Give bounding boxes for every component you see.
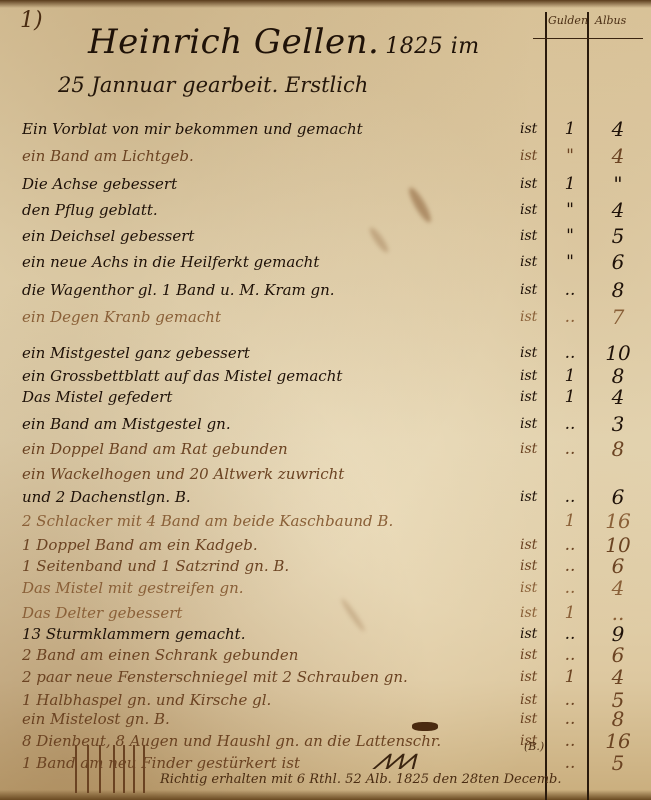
entry-gulden: " bbox=[555, 250, 585, 274]
entry-ist: ist bbox=[520, 305, 537, 329]
entry-gulden: 1 bbox=[555, 665, 585, 689]
entry-gulden: .. bbox=[555, 412, 585, 436]
entry-albus: 6 bbox=[600, 643, 636, 667]
column-head-gulden: Gulden bbox=[548, 14, 588, 27]
entry-ist: ist bbox=[520, 385, 537, 409]
entry-gulden: .. bbox=[555, 554, 585, 578]
entry-albus: 16 bbox=[600, 509, 636, 533]
entry-gulden: 1 bbox=[555, 509, 585, 533]
ledger-entry: ein Band am Mistgestel gn.ist..3 bbox=[0, 412, 651, 436]
entry-description: Das Mistel gefedert bbox=[22, 385, 522, 409]
entry-albus: 8 bbox=[600, 707, 636, 731]
entry-gulden: .. bbox=[555, 576, 585, 600]
entry-ist: ist bbox=[520, 117, 537, 141]
ledger-entry: 2 Band am einen Schrank gebundenist..6 bbox=[0, 643, 651, 667]
ledger-entry: Das Mistel mit gestreifen gn.ist..4 bbox=[0, 576, 651, 600]
entry-description: ein Deichsel gebessert bbox=[22, 224, 522, 248]
entry-ist: ist bbox=[520, 198, 537, 222]
title-year: 1825 im bbox=[385, 34, 479, 59]
entry-gulden: .. bbox=[555, 437, 585, 461]
entry-albus: 6 bbox=[600, 250, 636, 274]
entry-albus: 3 bbox=[600, 412, 636, 436]
ledger-entry: 1 Seitenband und 1 Satzrind gn. B.ist..6 bbox=[0, 554, 651, 578]
ledger-entry: ein neue Achs in die Heilferkt gemachtis… bbox=[0, 250, 651, 274]
receipt-note: Richtig erhalten mit 6 Rthl. 52 Alb. 182… bbox=[160, 772, 561, 787]
entry-albus: 7 bbox=[600, 305, 636, 329]
entry-gulden: .. bbox=[555, 729, 585, 753]
ledger-entry: ein Doppel Band am Rat gebundenist..8 bbox=[0, 437, 651, 461]
entry-gulden: " bbox=[555, 224, 585, 248]
entry-ist: ist bbox=[520, 707, 537, 731]
entry-albus: 4 bbox=[600, 198, 636, 222]
entry-description: ein Wackelhogen und 20 Altwerk zuwricht bbox=[22, 462, 522, 486]
ledger-entry: ein Mistgestel ganz gebessertist..10 bbox=[0, 341, 651, 365]
entry-gulden: .. bbox=[555, 643, 585, 667]
entry-ist: ist bbox=[520, 485, 537, 509]
entry-ist: ist bbox=[520, 341, 537, 365]
entry-gulden: .. bbox=[555, 305, 585, 329]
entry-ist: ist bbox=[520, 665, 537, 689]
ledger-entry: die Wagenthor gl. 1 Band u. M. Kram gn.i… bbox=[0, 278, 651, 302]
entry-albus: 4 bbox=[600, 576, 636, 600]
entry-albus: 10 bbox=[600, 341, 636, 365]
entry-ist: ist bbox=[520, 643, 537, 667]
ledger-entry: ein Band am Lichtgeb.ist"4 bbox=[0, 144, 651, 168]
entry-ist: ist bbox=[520, 437, 537, 461]
entry-albus: 4 bbox=[600, 665, 636, 689]
page-number: 1) bbox=[20, 8, 43, 33]
entry-gulden: " bbox=[555, 144, 585, 168]
entry-description: ein Mistelost gn. B. bbox=[22, 707, 522, 731]
entry-albus: 4 bbox=[600, 144, 636, 168]
ledger-entry: den Pflug geblatt.ist"4 bbox=[0, 198, 651, 222]
ledger-entry: und 2 Dachenstlgn. B.ist..6 bbox=[0, 485, 651, 509]
entry-description: und 2 Dachenstlgn. B. bbox=[22, 485, 522, 509]
entry-gulden: .. bbox=[555, 278, 585, 302]
entry-albus: 8 bbox=[600, 437, 636, 461]
entry-albus: 5 bbox=[600, 224, 636, 248]
entry-ist: ist bbox=[520, 144, 537, 168]
entry-description: Das Mistel mit gestreifen gn. bbox=[22, 576, 522, 600]
ledger-page: Gulden Albus 1) Heinrich Gellen.1825 im … bbox=[0, 0, 651, 800]
entry-description: ein Degen Kranb gemacht bbox=[22, 305, 522, 329]
entry-gulden: " bbox=[555, 198, 585, 222]
entry-description: ein Doppel Band am Rat gebunden bbox=[22, 437, 522, 461]
ledger-entry: 2 paar neue Fensterschniegel mit 2 Schra… bbox=[0, 665, 651, 689]
entry-gulden: 1 bbox=[555, 172, 585, 196]
entry-description: die Wagenthor gl. 1 Band u. M. Kram gn. bbox=[22, 278, 522, 302]
ledger-entry: ein Mistelost gn. B.ist..8 bbox=[0, 707, 651, 731]
column-head-albus: Albus bbox=[595, 14, 626, 27]
ledger-title: Heinrich Gellen.1825 im bbox=[88, 22, 480, 62]
ledger-entry: 2 Schlacker mit 4 Band am beide Kaschbau… bbox=[0, 509, 651, 533]
entry-description: ein Band am Lichtgeb. bbox=[22, 144, 522, 168]
entry-gulden: .. bbox=[555, 707, 585, 731]
entry-albus: 16 bbox=[600, 729, 636, 753]
ledger-entry: Die Achse gebessertist1" bbox=[0, 172, 651, 196]
entry-albus: 6 bbox=[600, 554, 636, 578]
ledger-subtitle: 25 Jannuar gearbeit. Erstlich bbox=[58, 73, 368, 97]
entry-description: ein Band am Mistgestel gn. bbox=[22, 412, 522, 436]
entry-gulden: .. bbox=[555, 341, 585, 365]
entry-description: ein Mistgestel ganz gebessert bbox=[22, 341, 522, 365]
entry-ist: ist bbox=[520, 554, 537, 578]
entry-description: den Pflug geblatt. bbox=[22, 198, 522, 222]
entry-albus: 8 bbox=[600, 278, 636, 302]
wax-blot bbox=[412, 722, 438, 731]
entry-ist: ist bbox=[520, 576, 537, 600]
entry-description: 2 Band am einen Schrank gebunden bbox=[22, 643, 522, 667]
ledger-entry: Das Mistel gefedertist14 bbox=[0, 385, 651, 409]
tally-marks bbox=[75, 745, 165, 793]
entry-gulden: .. bbox=[555, 485, 585, 509]
ledger-entry: ein Wackelhogen und 20 Altwerk zuwricht bbox=[0, 462, 651, 486]
ledger-entry: ein Degen Kranb gemachtist..7 bbox=[0, 305, 651, 329]
entry-ist: ist bbox=[520, 224, 537, 248]
entry-ist: ist bbox=[520, 250, 537, 274]
entry-albus: 5 bbox=[600, 751, 636, 775]
entry-albus: 6 bbox=[600, 485, 636, 509]
entry-ist: ist bbox=[520, 412, 537, 436]
entry-description: Ein Vorblat von mir bekommen und gemacht bbox=[22, 117, 522, 141]
ledger-entry: Ein Vorblat von mir bekommen und gemacht… bbox=[0, 117, 651, 141]
entry-albus: " bbox=[600, 172, 636, 196]
entry-description: 2 paar neue Fensterschniegel mit 2 Schra… bbox=[22, 665, 522, 689]
title-name: Heinrich Gellen. bbox=[88, 22, 379, 62]
entry-ist: ist bbox=[520, 278, 537, 302]
entry-albus: 4 bbox=[600, 117, 636, 141]
paper-edge-top bbox=[0, 0, 651, 8]
entry-description: ein neue Achs in die Heilferkt gemacht bbox=[22, 250, 522, 274]
entry-gulden: 1 bbox=[555, 385, 585, 409]
ledger-entry: ein Deichsel gebessertist"5 bbox=[0, 224, 651, 248]
entry-description: Die Achse gebessert bbox=[22, 172, 522, 196]
entry-ist: ist bbox=[520, 172, 537, 196]
entry-description: 2 Schlacker mit 4 Band am beide Kaschbau… bbox=[22, 509, 522, 533]
entry-gulden: 1 bbox=[555, 117, 585, 141]
entry-description: 1 Seitenband und 1 Satzrind gn. B. bbox=[22, 554, 522, 578]
margin-mark: (B.) bbox=[524, 740, 544, 753]
column-header-rule bbox=[533, 38, 643, 39]
entry-albus: 4 bbox=[600, 385, 636, 409]
